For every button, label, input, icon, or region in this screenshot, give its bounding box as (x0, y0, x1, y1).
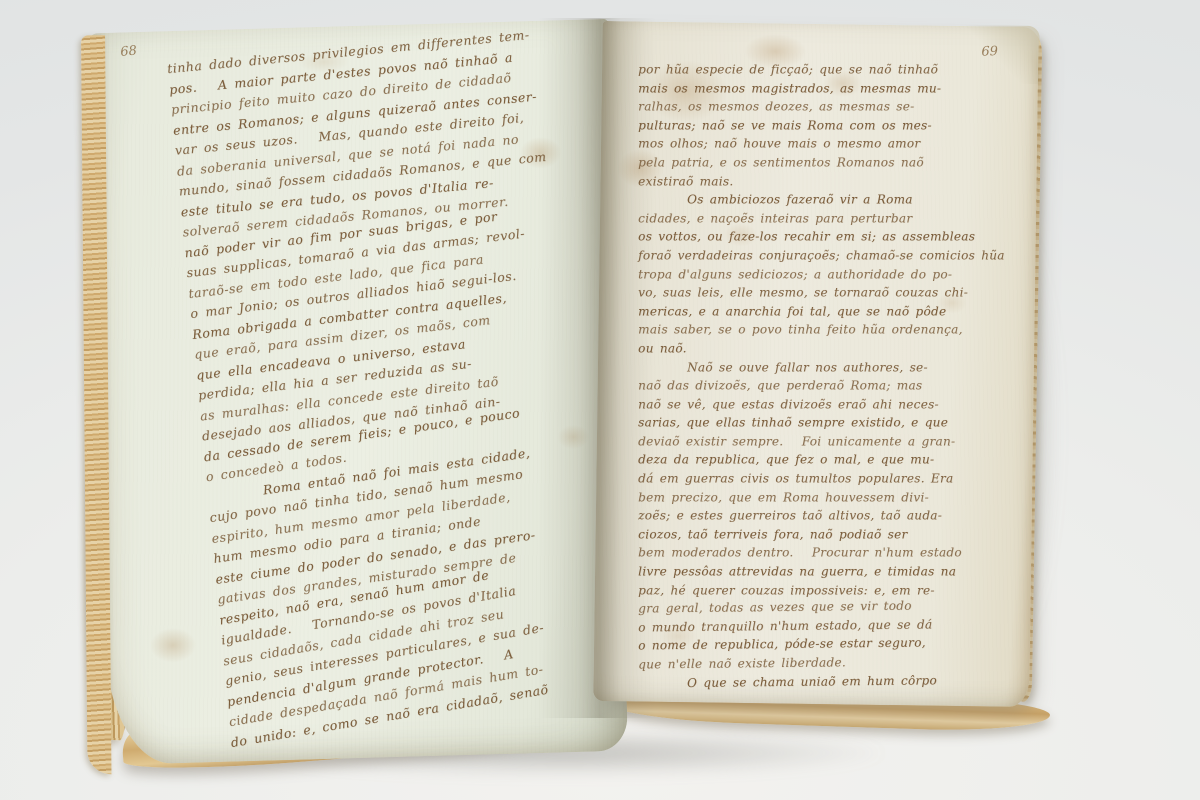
foxing-stain (140, 620, 205, 670)
manuscript-line: por hũa especie de ficçaõ; que se naõ ti… (638, 63, 1036, 75)
manuscript-text-right: por hũa especie de ficçaõ; que se naõ ti… (638, 63, 1036, 695)
manuscript-line: gra geral, todas as vezes que se vir tod… (638, 599, 1036, 615)
manuscript-line: Os ambiciozos fazeraõ vir a Roma (638, 194, 1036, 206)
manuscript-line: foraõ verdadeiras conjuraçoẽs; chamaõ-se… (638, 249, 1036, 261)
manuscript-line: vo, suas leis, elle mesmo, se tornaraõ c… (638, 287, 1036, 299)
manuscript-line: pela patria, e os sentimentos Romanos na… (638, 156, 1036, 168)
manuscript-photo: 68 tinha dado diversos privilegios em di… (0, 0, 1200, 800)
manuscript-line: cidades, e naçoẽs inteiras para perturba… (638, 212, 1036, 224)
manuscript-line: Naõ se ouve fallar nos authores, se- (638, 361, 1036, 373)
manuscript-line: sarias, que ellas tinhaõ sempre existido… (638, 417, 1036, 429)
manuscript-line: mericas, e a anarchia foi tal, que se na… (638, 305, 1036, 317)
manuscript-line: mos olhos; naõ houve mais o mesmo amor (638, 138, 1036, 150)
manuscript-line: naõ das divizoẽs, que perderaõ Roma; mas (638, 380, 1036, 392)
manuscript-line: o nome de republica, póde-se estar segur… (638, 636, 1036, 652)
left-page: 68 tinha dado diversos privilegios em di… (88, 19, 628, 765)
manuscript-line: zoẽs; e estes guerreiros taõ altivos, ta… (638, 510, 1036, 522)
manuscript-line: bem precizo, que em Roma houvessem divi- (638, 491, 1036, 503)
manuscript-text-left: tinha dado diversos privilegios em diffe… (167, 25, 635, 757)
manuscript-line: naõ se vê, que estas divizoẽs eraõ ahi n… (638, 398, 1036, 410)
manuscript-line: tropa d'alguns sediciozos; a authoridade… (638, 268, 1036, 280)
manuscript-line: ralhas, os mesmos deozes, as mesmas se- (638, 101, 1036, 113)
page-number: 68 (120, 43, 138, 60)
manuscript-line: deviaõ existir sempre. Foi unicamente a … (638, 435, 1036, 447)
manuscript-line: livre pessôas attrevidas na guerra, e ti… (638, 566, 1036, 578)
manuscript-line: paz, hé querer couzas impossiveis: e, em… (638, 584, 1036, 596)
manuscript-line: os vottos, ou faze-los recahir em si; as… (638, 231, 1036, 243)
manuscript-line: mais saber, se o povo tinha feito hũa or… (638, 324, 1036, 336)
manuscript-line: O que se chama uniaõ em hum côrpo (638, 673, 1036, 689)
manuscript-line: mais os mesmos magistrados, as mesmas mu… (638, 82, 1036, 94)
manuscript-line: existiraõ mais. (638, 175, 1036, 187)
page-number: 69 (982, 44, 999, 59)
manuscript-line: pulturas; naõ se ve mais Roma com os mes… (638, 119, 1036, 131)
manuscript-line: o mundo tranquillo n'hum estado, que se … (638, 617, 1036, 633)
manuscript-line: deza da republica, que fez o mal, e que … (638, 454, 1036, 466)
manuscript-line: bem moderados dentro. Procurar n'hum est… (638, 547, 1036, 559)
manuscript-line: dá em guerras civis os tumultos populare… (638, 473, 1036, 485)
manuscript-line: ou naõ. (638, 342, 1036, 354)
right-page: 69 por hũa especie de ficçaõ; que se naõ… (593, 21, 1038, 707)
manuscript-line: ciozos, taõ terriveis fora, naõ podiaõ s… (638, 528, 1036, 540)
manuscript-line: que n'elle naõ existe liberdade. (638, 654, 1036, 670)
